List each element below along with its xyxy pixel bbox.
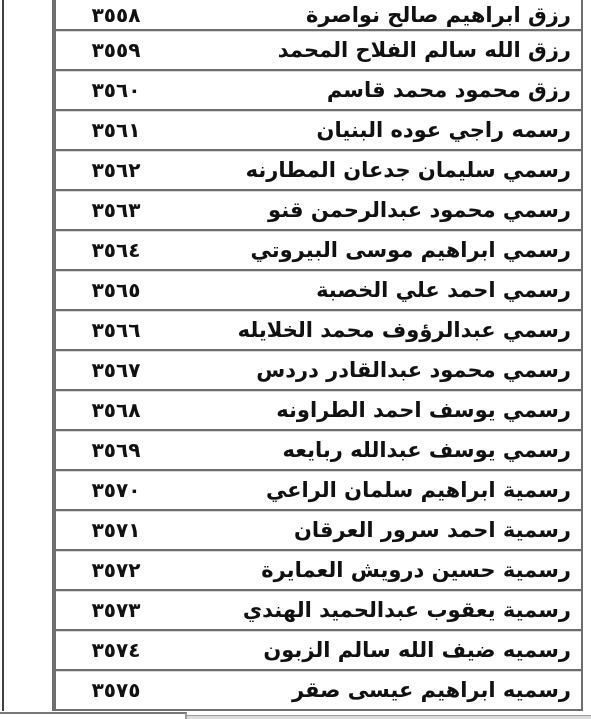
table-row: رسمي يوسف احمد الطراونه٣٥٦٨ bbox=[54, 391, 581, 431]
person-name-cell: رسمي ابراهيم موسى البيروتي bbox=[176, 231, 581, 269]
table-row: رزق محمود محمد قاسم٣٥٦٠ bbox=[54, 71, 581, 111]
person-name-cell: رسمي سليمان جدعان المطارنه bbox=[176, 151, 581, 189]
person-name-cell: رسمه راجي عوده البنيان bbox=[176, 111, 581, 149]
next-table-cell-edge bbox=[0, 712, 187, 719]
serial-number-cell: ٣٥٧٢ bbox=[54, 551, 176, 589]
serial-number-cell: ٣٥٧٠ bbox=[54, 471, 176, 509]
serial-number-cell: ٣٥٦٩ bbox=[54, 431, 176, 469]
table-row: رزق الله سالم الفلاح المحمد٣٥٥٩ bbox=[54, 31, 581, 71]
serial-number-cell: ٣٥٧٤ bbox=[54, 631, 176, 669]
person-name-cell: رسمية ابراهيم سلمان الراعي bbox=[176, 471, 581, 509]
table-row: رسمية حسين درويش العمايرة٣٥٧٢ bbox=[54, 551, 581, 591]
table-row: رسمه راجي عوده البنيان٣٥٦١ bbox=[54, 111, 581, 151]
serial-number-cell: ٣٥٥٩ bbox=[54, 31, 176, 69]
table-row: رسمي محمود عبدالقادر دردس٣٥٦٧ bbox=[54, 351, 581, 391]
table-row: رسمي عبدالرؤوف محمد الخلايله٣٥٦٦ bbox=[54, 311, 581, 351]
serial-number-cell: ٣٥٦٤ bbox=[54, 231, 176, 269]
table-row: رسمي سليمان جدعان المطارنه٣٥٦٢ bbox=[54, 151, 581, 191]
next-table-top-sliver bbox=[0, 711, 591, 719]
table-row: رسميه ابراهيم عيسى صقر٣٥٧٥ bbox=[54, 671, 581, 711]
person-name-cell: رسمي محمود عبدالقادر دردس bbox=[176, 351, 581, 389]
person-name-cell: رزق الله سالم الفلاح المحمد bbox=[176, 31, 581, 69]
table-row: رسمي احمد علي الخصبة٣٥٦٥ bbox=[54, 271, 581, 311]
table-row: رسمي يوسف عبدالله ربايعه٣٥٦٩ bbox=[54, 431, 581, 471]
table-row: رسمي محمود عبدالرحمن قنو٣٥٦٣ bbox=[54, 191, 581, 231]
table-row: رسمي ابراهيم موسى البيروتي٣٥٦٤ bbox=[54, 231, 581, 271]
person-name-cell: رزق ابراهيم صالح نواصرة bbox=[176, 0, 581, 29]
serial-number-cell: ٣٥٦٣ bbox=[54, 191, 176, 229]
next-table-row-edge bbox=[187, 715, 591, 719]
table-row: رزق ابراهيم صالح نواصرة٣٥٥٨ bbox=[54, 0, 581, 31]
person-name-cell: رسميه ضيف الله سالم الزبون bbox=[176, 631, 581, 669]
table-row: رسمية احمد سرور العرقان٣٥٧١ bbox=[54, 511, 581, 551]
serial-number-cell: ٣٥٦١ bbox=[54, 111, 176, 149]
serial-number-cell: ٣٥٦٥ bbox=[54, 271, 176, 309]
table-row: رسمية يعقوب عبدالحميد الهندي٣٥٧٣ bbox=[54, 591, 581, 631]
person-name-cell: رسمي احمد علي الخصبة bbox=[176, 271, 581, 309]
serial-number-cell: ٣٥٧٥ bbox=[54, 671, 176, 709]
serial-number-cell: ٣٥٧٣ bbox=[54, 591, 176, 629]
serial-number-cell: ٣٥٦٢ bbox=[54, 151, 176, 189]
person-name-cell: رسميه ابراهيم عيسى صقر bbox=[176, 671, 581, 709]
table-row: رسمية ابراهيم سلمان الراعي٣٥٧٠ bbox=[54, 471, 581, 511]
serial-number-cell: ٣٥٧١ bbox=[54, 511, 176, 549]
scanned-document-page: رزق ابراهيم صالح نواصرة٣٥٥٨رزق الله سالم… bbox=[0, 0, 591, 719]
person-name-cell: رسمية حسين درويش العمايرة bbox=[176, 551, 581, 589]
serial-number-cell: ٣٥٦٦ bbox=[54, 311, 176, 349]
names-list-table: رزق ابراهيم صالح نواصرة٣٥٥٨رزق الله سالم… bbox=[52, 0, 583, 711]
page-edge-line bbox=[2, 0, 4, 712]
person-name-cell: رسمي يوسف احمد الطراونه bbox=[176, 391, 581, 429]
serial-number-cell: ٣٥٦٧ bbox=[54, 351, 176, 389]
serial-number-cell: ٣٥٦٠ bbox=[54, 71, 176, 109]
person-name-cell: رسمي محمود عبدالرحمن قنو bbox=[176, 191, 581, 229]
person-name-cell: رسمية يعقوب عبدالحميد الهندي bbox=[176, 591, 581, 629]
person-name-cell: رسمية احمد سرور العرقان bbox=[176, 511, 581, 549]
person-name-cell: رزق محمود محمد قاسم bbox=[176, 71, 581, 109]
serial-number-cell: ٣٥٦٨ bbox=[54, 391, 176, 429]
table-row: رسميه ضيف الله سالم الزبون٣٥٧٤ bbox=[54, 631, 581, 671]
person-name-cell: رسمي يوسف عبدالله ربايعه bbox=[176, 431, 581, 469]
serial-number-cell: ٣٥٥٨ bbox=[54, 0, 176, 29]
person-name-cell: رسمي عبدالرؤوف محمد الخلايله bbox=[176, 311, 581, 349]
